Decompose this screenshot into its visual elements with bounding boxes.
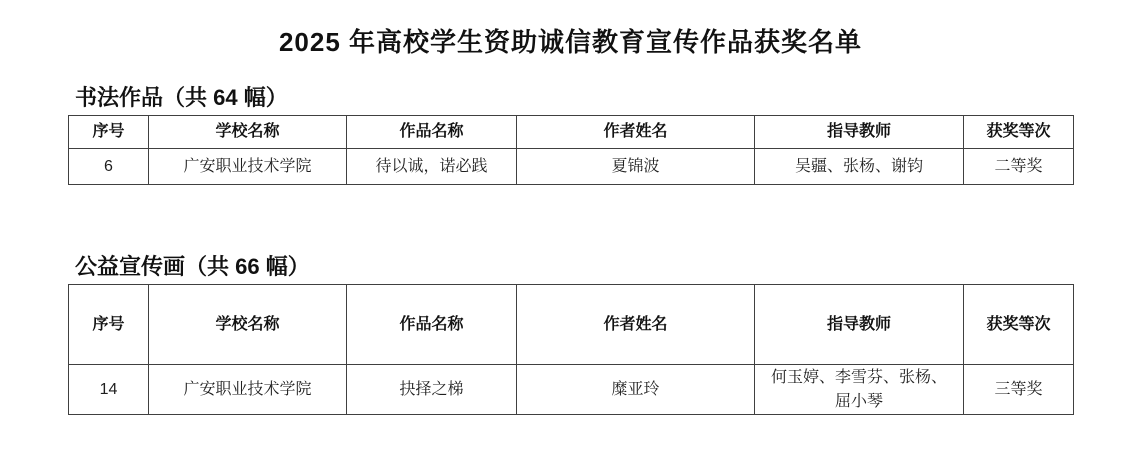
table-header-row: 序号 学校名称 作品名称 作者姓名 指导教师 获奖等次 bbox=[69, 116, 1074, 149]
cell-school-name: 广安职业技术学院 bbox=[149, 149, 347, 185]
col-header-work-title: 作品名称 bbox=[347, 285, 517, 365]
cell-serial-number: 6 bbox=[69, 149, 149, 185]
cell-work-title: 待以诚，诺必践 bbox=[347, 149, 517, 185]
col-header-school-name: 学校名称 bbox=[149, 285, 347, 365]
cell-author-name: 夏锦波 bbox=[517, 149, 755, 185]
cell-instructors: 吴疆、张杨、谢钧 bbox=[755, 149, 964, 185]
col-header-author-name: 作者姓名 bbox=[517, 116, 755, 149]
section-poster: 公益宣传画（共 66 幅） 序号 学校名称 作品名称 作者姓名 指导教师 获奖等… bbox=[68, 253, 1073, 415]
cell-award-level: 二等奖 bbox=[964, 149, 1074, 185]
col-header-instructors: 指导教师 bbox=[755, 116, 964, 149]
section-heading-poster: 公益宣传画（共 66 幅） bbox=[68, 253, 1073, 281]
cell-school-name: 广安职业技术学院 bbox=[149, 365, 347, 415]
cell-serial-number: 14 bbox=[69, 365, 149, 415]
section-heading-calligraphy: 书法作品（共 64 幅） bbox=[68, 84, 1073, 112]
section-calligraphy: 书法作品（共 64 幅） 序号 学校名称 作品名称 作者姓名 指导教师 获奖等次… bbox=[68, 84, 1073, 185]
calligraphy-awards-table: 序号 学校名称 作品名称 作者姓名 指导教师 获奖等次 6 广安职业技术学院 待… bbox=[68, 115, 1074, 185]
col-header-work-title: 作品名称 bbox=[347, 116, 517, 149]
cell-instructors: 何玉婷、李雪芬、张杨、屈小琴 bbox=[755, 365, 964, 415]
cell-award-level: 三等奖 bbox=[964, 365, 1074, 415]
col-header-instructors: 指导教师 bbox=[755, 285, 964, 365]
table-header-row: 序号 学校名称 作品名称 作者姓名 指导教师 获奖等次 bbox=[69, 285, 1074, 365]
col-header-award-level: 获奖等次 bbox=[964, 285, 1074, 365]
table-row: 14 广安职业技术学院 抉择之梯 糜亚玲 何玉婷、李雪芬、张杨、屈小琴 三等奖 bbox=[69, 365, 1074, 415]
cell-work-title: 抉择之梯 bbox=[347, 365, 517, 415]
col-header-serial-number: 序号 bbox=[69, 116, 149, 149]
col-header-award-level: 获奖等次 bbox=[964, 116, 1074, 149]
col-header-school-name: 学校名称 bbox=[149, 116, 347, 149]
poster-awards-table: 序号 学校名称 作品名称 作者姓名 指导教师 获奖等次 14 广安职业技术学院 … bbox=[68, 284, 1074, 415]
col-header-author-name: 作者姓名 bbox=[517, 285, 755, 365]
table-row: 6 广安职业技术学院 待以诚，诺必践 夏锦波 吴疆、张杨、谢钧 二等奖 bbox=[69, 149, 1074, 185]
cell-author-name: 糜亚玲 bbox=[517, 365, 755, 415]
col-header-serial-number: 序号 bbox=[69, 285, 149, 365]
page-title: 2025 年高校学生资助诚信教育宣传作品获奖名单 bbox=[68, 24, 1073, 60]
document-page: 2025 年高校学生资助诚信教育宣传作品获奖名单 书法作品（共 64 幅） 序号… bbox=[68, 0, 1073, 415]
